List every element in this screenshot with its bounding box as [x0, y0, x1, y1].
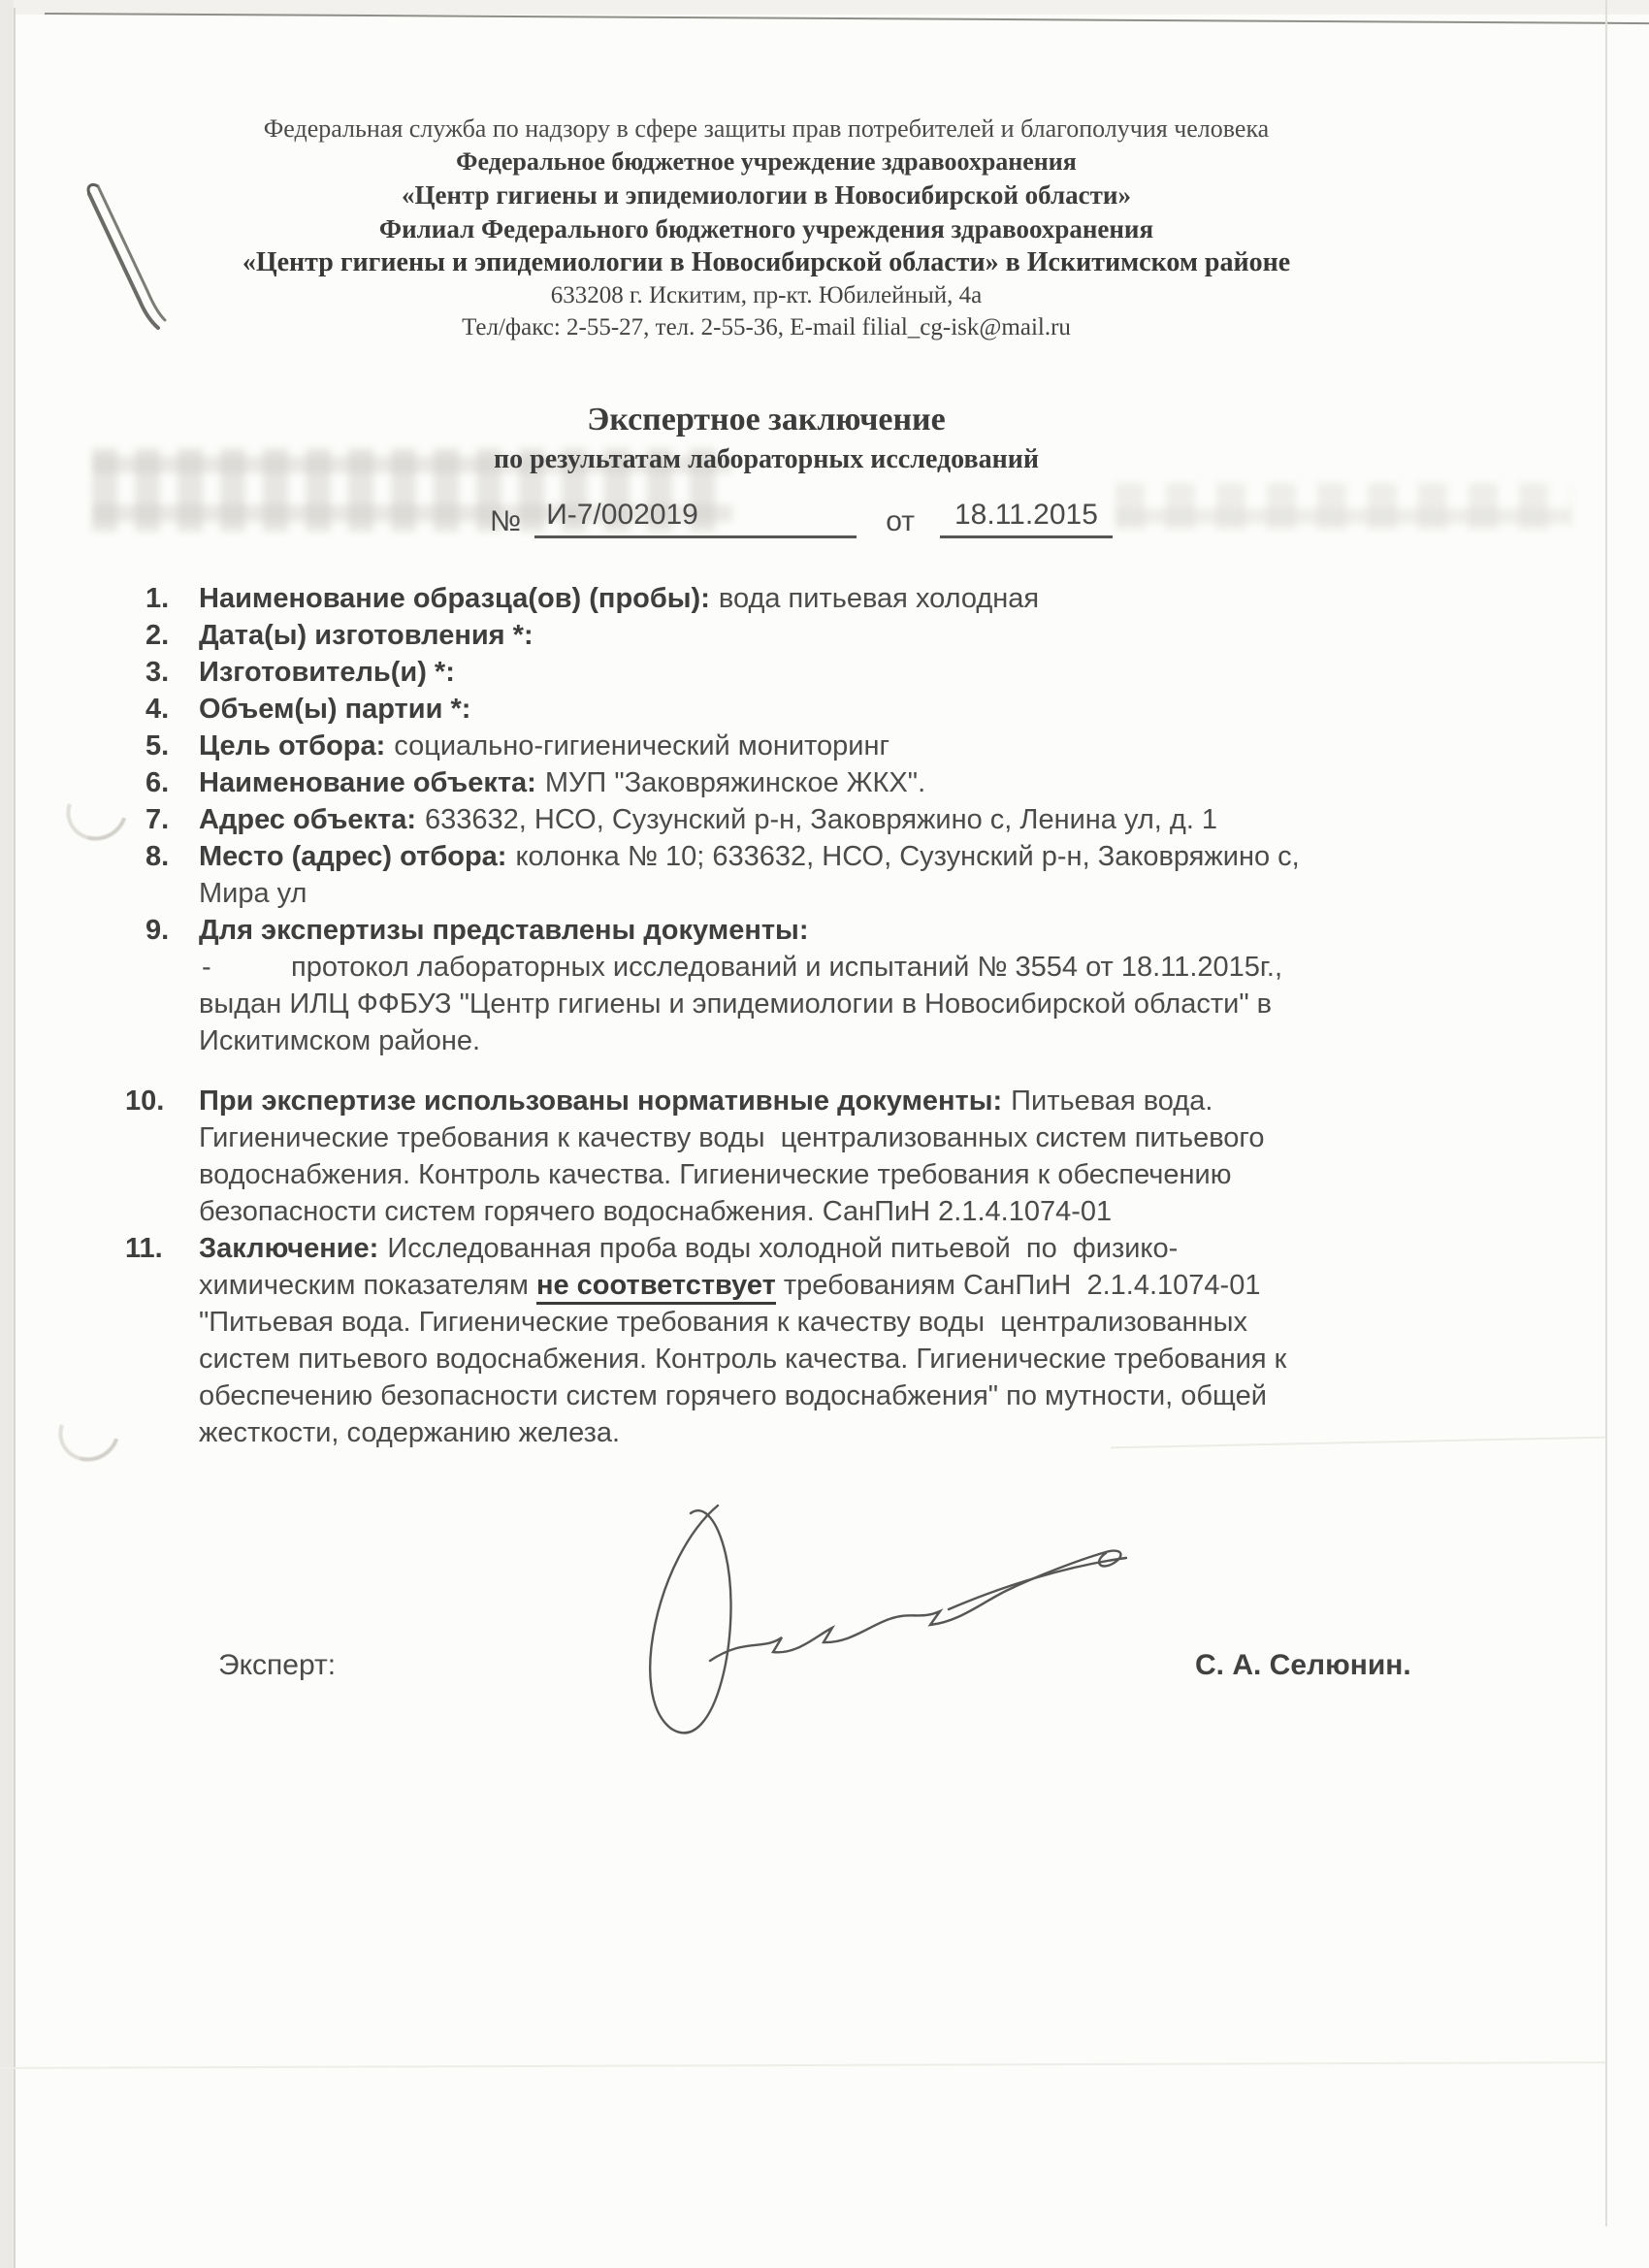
list-item-1: 1.Наименование образца(ов) (пробы):вода … [199, 580, 1576, 617]
list-item-2: 2.Дата(ы) изготовления *: [199, 617, 1576, 654]
item-value: Исследованная проба воды холодной питьев… [387, 1233, 1178, 1264]
item-number: 5. [145, 728, 169, 764]
item-label: Цель отбора: [199, 730, 385, 761]
letterhead-address: 633208 г. Искитим, пр-кт. Юбилейный, 4а [53, 282, 1479, 309]
letterhead-agency-line: Федеральная служба по надзору в сфере за… [53, 114, 1479, 144]
conclusion-post: требованиям СанПиН 2.1.4.1074-01 [776, 1270, 1261, 1301]
item-label: При экспертизе использованы нормативные … [199, 1085, 1002, 1117]
document-title: Экспертное заключение [53, 402, 1479, 438]
expert-name: С. А. Селюнин. [1195, 1649, 1411, 1682]
list-item-5: 5.Цель отбора:социально-гигиенический мо… [199, 728, 1576, 764]
item-11-line-5: обеспечению безопасности систем горячего… [199, 1377, 1576, 1414]
letterhead-contacts: Тел/факс: 2-55-27, тел. 2-55-36, E-mail … [53, 314, 1479, 341]
hole-punch-shadow-top [56, 770, 139, 851]
list-item-4: 4.Объем(ы) партии *: [199, 691, 1576, 728]
item-11-line-2: химическим показателям не соответствует … [199, 1267, 1576, 1304]
list-item-9: 9.Для экспертизы представлены документы: [199, 912, 1576, 949]
item-11-line-6: жесткости, содержанию железа. [199, 1414, 1576, 1451]
item-9-sub-line-3: Искитимском районе. [199, 1022, 1576, 1059]
item-11-line-3: "Питьевая вода. Гигиенические требования… [199, 1304, 1576, 1341]
item-11-line-4: систем питьевого водоснабжения. Контроль… [199, 1341, 1576, 1377]
spacer [199, 1059, 1576, 1083]
list-item-11: 11.Заключение:Исследованная проба воды х… [199, 1230, 1576, 1267]
document-date-value: 18.11.2015 [940, 499, 1113, 538]
item-number: 1. [145, 580, 169, 617]
handwritten-signature [621, 1474, 1145, 1756]
letterhead-institution-line: Федеральное бюджетное учреждение здравоо… [53, 147, 1479, 177]
letterhead-branch-name: «Центр гигиены и эпидемиологии в Новосиб… [53, 247, 1479, 278]
date-preposition: от [886, 505, 915, 537]
item-number: 7. [145, 801, 169, 838]
hole-punch-shadow-bottom [48, 1391, 131, 1472]
paper-crease-bottom [0, 2061, 1605, 2069]
item-9-sub-line-2: выдан ИЛЦ ФФБУЗ "Центр гигиены и эпидеми… [199, 986, 1576, 1022]
item-value: МУП "Заковряжинское ЖКХ". [545, 767, 925, 798]
dash-bullet: - [202, 949, 211, 986]
scan-edge-left-line [14, 8, 16, 2268]
item-number: 10. [125, 1083, 164, 1119]
letterhead-center-name: «Центр гигиены и эпидемиологии в Новосиб… [53, 180, 1479, 211]
item-10-line-3: водоснабжения. Контроль качества. Гигиен… [199, 1156, 1576, 1193]
item-label: Объем(ы) партии *: [199, 694, 470, 725]
expert-label: Эксперт: [218, 1649, 336, 1682]
list-item-10: 10.При экспертизе использованы нормативн… [199, 1083, 1576, 1119]
item-value: Питьевая вода. [1011, 1085, 1212, 1117]
item-number: 4. [145, 691, 169, 728]
list-item-6: 6.Наименование объекта:МУП "Заковряжинск… [199, 764, 1576, 801]
ink-bleed-through-right [1115, 483, 1571, 530]
item-value: 633632, НСО, Сузунский р-н, Заковряжино … [425, 804, 1217, 835]
item-label: Наименование объекта: [199, 767, 536, 798]
item-label: Изготовитель(и) *: [199, 657, 455, 688]
scan-edge-top-background [0, 0, 1649, 15]
sub-line-text: протокол лабораторных исследований и исп… [291, 952, 1282, 983]
item-value: вода питьевая холодная [719, 583, 1039, 614]
item-10-line-4: безопасности систем горячего водоснабжен… [199, 1193, 1576, 1230]
item-number: 6. [145, 764, 169, 801]
item-label: Место (адрес) отбора: [199, 841, 506, 872]
list-item-8-continuation: Мира ул [199, 875, 1576, 912]
item-number: 11. [125, 1230, 163, 1267]
document-subtitle: по результатам лабораторных исследований [53, 444, 1479, 475]
item-label: Адрес объекта: [199, 804, 416, 835]
scan-edge-left-background [0, 0, 14, 2268]
scan-edge-right-line [1605, 0, 1607, 2226]
item-number: 8. [145, 838, 169, 875]
item-label: Наименование образца(ов) (пробы): [199, 583, 710, 614]
list-item-7: 7.Адрес объекта:633632, НСО, Сузунский р… [199, 801, 1576, 838]
item-label: Дата(ы) изготовления *: [199, 620, 533, 651]
number-sign-label: № [490, 505, 521, 537]
letterhead: Федеральная служба по надзору в сфере за… [53, 114, 1479, 347]
item-number: 2. [145, 617, 169, 654]
item-9-sub-line-1: -протокол лабораторных исследований и ис… [199, 949, 1576, 986]
conclusion-pre: химическим показателям [199, 1270, 536, 1301]
list-item-3: 3.Изготовитель(и) *: [199, 654, 1576, 691]
document-number-line: №И-7/002019от18.11.2015 [490, 499, 1113, 538]
letterhead-branch-line: Филиал Федерального бюджетного учреждени… [53, 214, 1479, 244]
scanned-document-page: Федеральная служба по надзору в сфере за… [0, 0, 1649, 2268]
list-item-8: 8.Место (адрес) отбора:колонка № 10; 633… [199, 838, 1576, 875]
conclusion-noncompliance-emphasis: не соответствует [536, 1270, 776, 1305]
item-value: социально-гигиенический мониторинг [394, 730, 889, 761]
document-title-block: Экспертное заключение по результатам лаб… [53, 402, 1479, 489]
document-number-value: И-7/002019 [534, 499, 857, 538]
item-value: колонка № 10; 633632, НСО, Сузунский р-н… [515, 841, 1299, 872]
item-10-line-2: Гигиенические требования к качеству воды… [199, 1119, 1576, 1156]
item-number: 3. [145, 654, 169, 691]
numbered-list: 1.Наименование образца(ов) (пробы):вода … [199, 580, 1576, 1451]
item-label: Для экспертизы представлены документы: [199, 915, 808, 946]
item-number: 9. [145, 912, 169, 949]
item-label: Заключение: [199, 1233, 378, 1264]
